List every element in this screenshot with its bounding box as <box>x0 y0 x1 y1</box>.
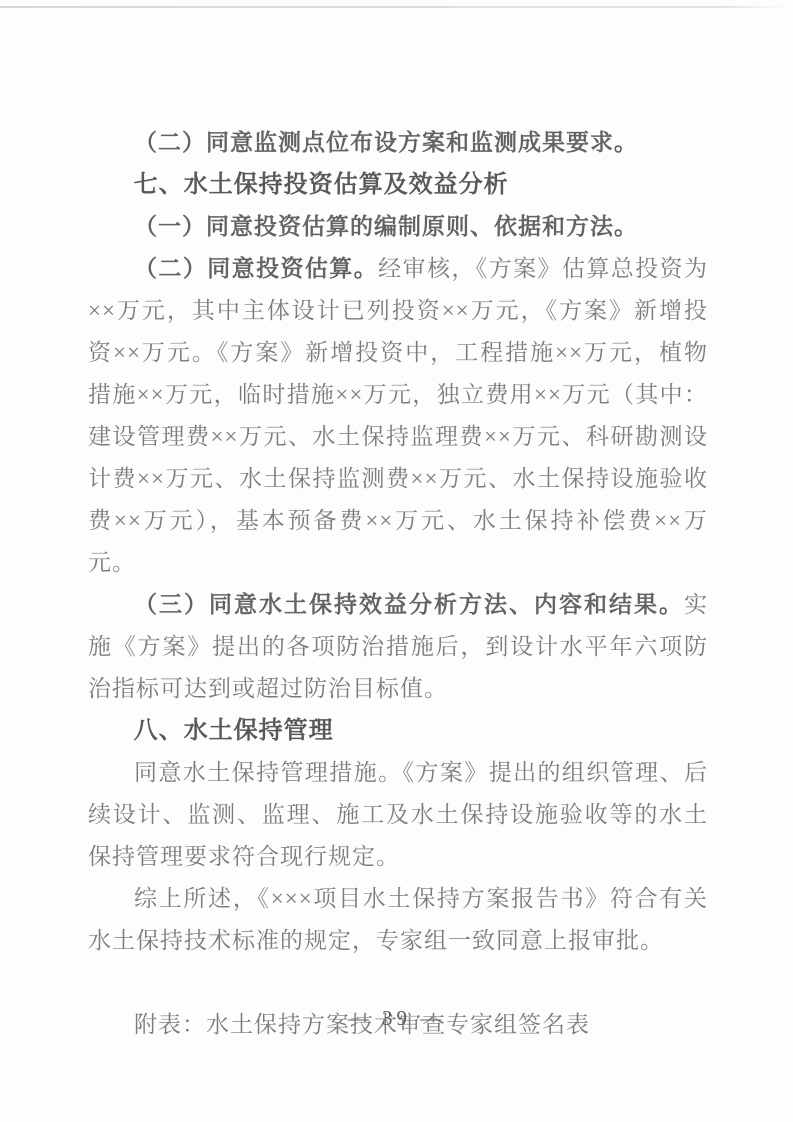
section-heading-eight: 八、水土保持管理 <box>88 710 708 752</box>
paragraph-monitoring-approval: （二）同意监测点位布设方案和监测成果要求。 <box>88 122 708 164</box>
section-heading-seven: 七、水土保持投资估算及效益分析 <box>88 164 708 206</box>
scan-artifact-line <box>0 6 787 8</box>
paragraph-management: 同意水土保持管理措施。《方案》提出的组织管理、后续设计、监测、监理、施工及水土保… <box>88 752 708 878</box>
paragraph-conclusion: 综上所述，《×××项目水土保持方案报告书》符合有关水土保持技术标准的规定，专家组… <box>88 878 708 962</box>
paragraph-investment-estimate-body: 经审核，《方案》估算总投资为××万元，其中主体设计已列投资××万元，《方案》新增… <box>88 256 708 575</box>
page-number: — 39 — <box>0 1002 793 1034</box>
document-page: （二）同意监测点位布设方案和监测成果要求。 七、水土保持投资估算及效益分析 （一… <box>0 0 793 1122</box>
paragraph-benefit-analysis-lead: （三）同意水土保持效益分析方法、内容和结果。 <box>134 592 684 617</box>
document-content: （二）同意监测点位布设方案和监测成果要求。 七、水土保持投资估算及效益分析 （一… <box>88 122 708 1046</box>
paragraph-investment-estimate: （二）同意投资估算。经审核，《方案》估算总投资为××万元，其中主体设计已列投资×… <box>88 248 708 584</box>
paragraph-investment-principles: （一）同意投资估算的编制原则、依据和方法。 <box>88 206 708 248</box>
paragraph-benefit-analysis: （三）同意水土保持效益分析方法、内容和结果。实施《方案》提出的各项防治措施后，到… <box>88 584 708 710</box>
paragraph-investment-estimate-lead: （二）同意投资估算。 <box>134 256 378 281</box>
